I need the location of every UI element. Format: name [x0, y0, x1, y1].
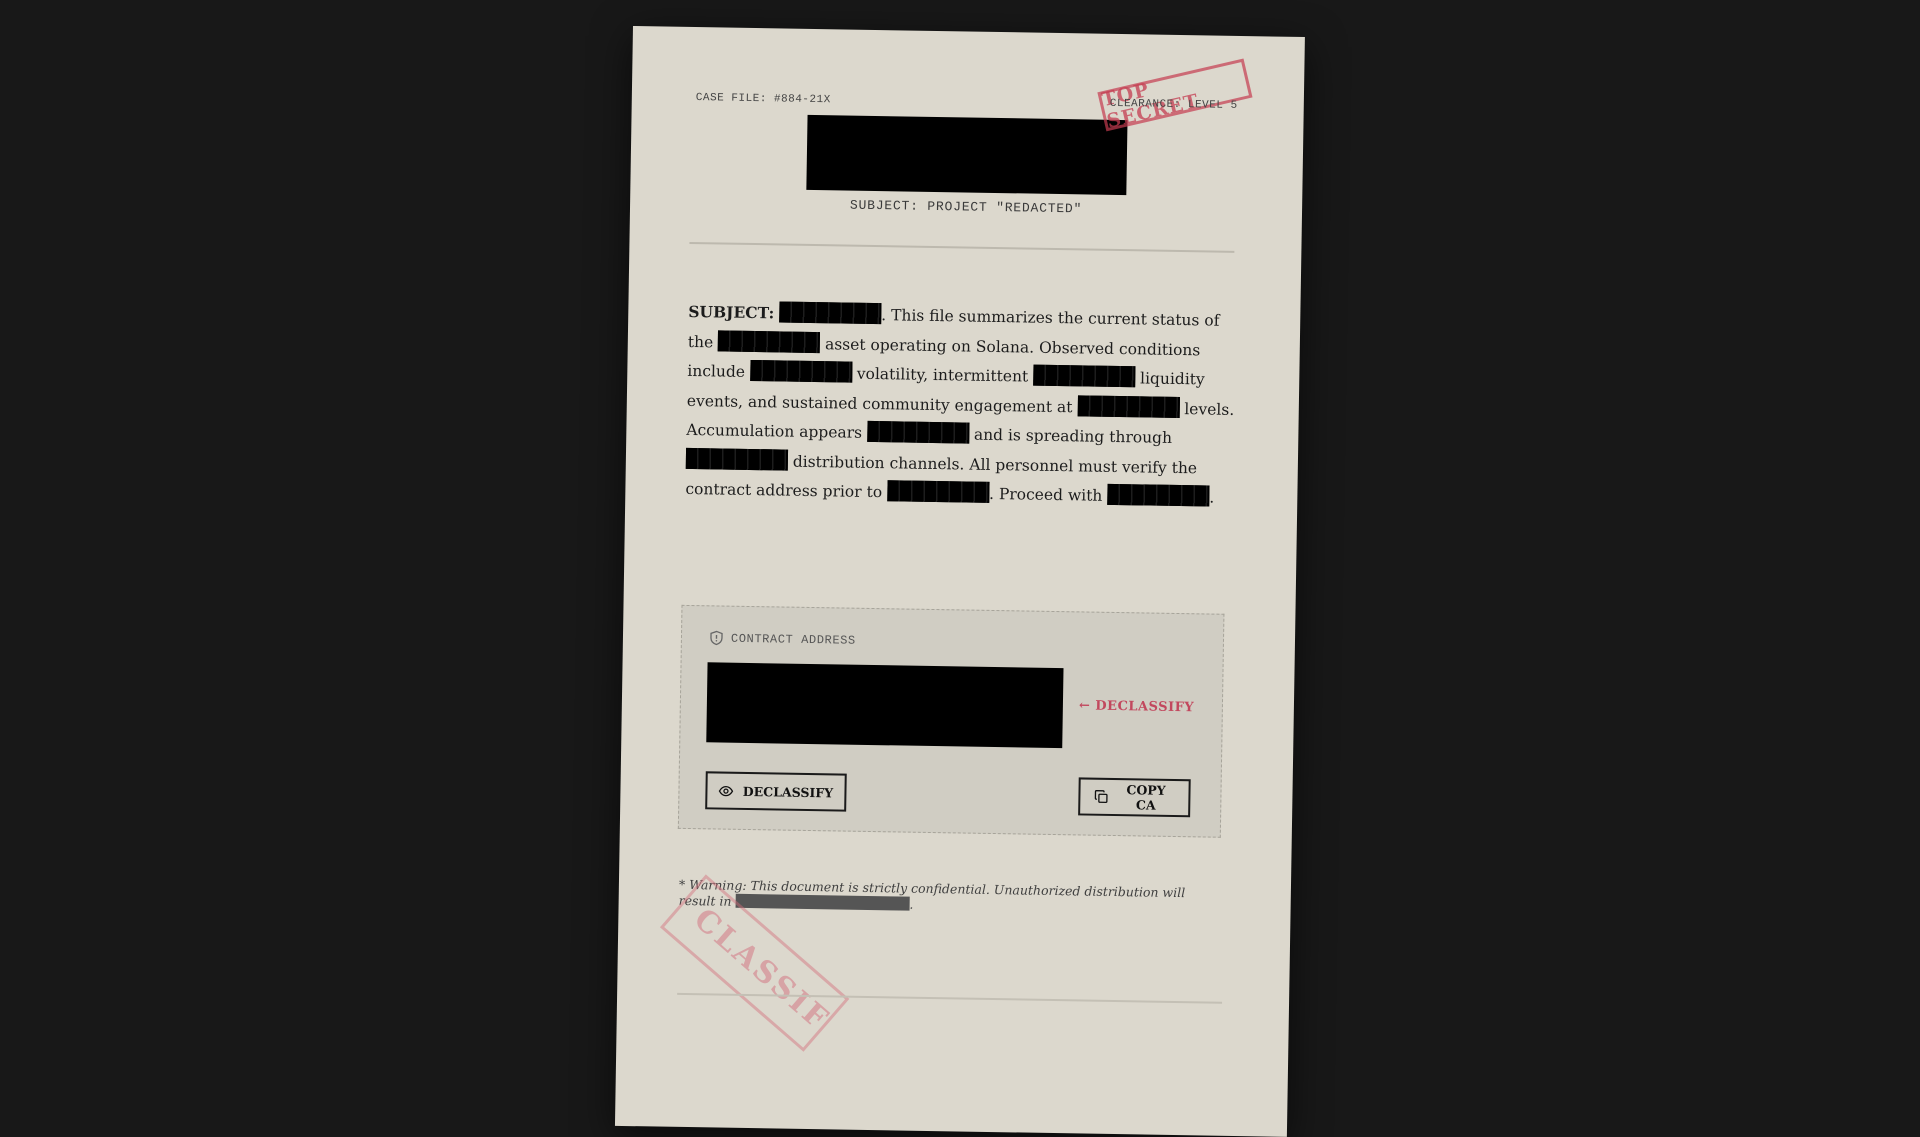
divider — [689, 242, 1234, 253]
copy-icon — [1094, 790, 1108, 804]
copy-ca-button[interactable]: COPY CA — [1078, 777, 1191, 817]
document-paper: CASE FILE: #884-21X TOP SECRET CLEARANCE… — [615, 26, 1305, 993]
body-segment: volatility, intermittent — [852, 365, 1034, 386]
shield-alert-icon — [710, 630, 723, 645]
copy-ca-button-label: COPY CA — [1117, 782, 1174, 813]
redacted-word — [718, 330, 820, 353]
redacted-word — [1033, 365, 1135, 388]
redacted-word — [887, 480, 989, 503]
document-body: SUBJECT: . This file summarizes the curr… — [685, 297, 1243, 514]
redacted-word — [686, 447, 788, 470]
body-segment: and is spreading through — [969, 426, 1172, 447]
body-segment: . — [1209, 489, 1214, 507]
top-secret-stamp: TOP SECRET — [1097, 58, 1252, 131]
clearance-level: CLEARANCE: LEVEL 5 — [1110, 98, 1238, 112]
redacted-contract-address[interactable] — [706, 662, 1063, 748]
warning-text-end: . — [909, 897, 913, 912]
redacted-word — [779, 301, 881, 324]
subject-label: SUBJECT: — [688, 302, 774, 322]
confidentiality-warning: * Warning: This document is strictly con… — [679, 877, 1219, 918]
subject-line: SUBJECT: PROJECT "REDACTED" — [630, 194, 1302, 220]
redacted-word — [1107, 484, 1209, 507]
case-file-number: CASE FILE: #884-21X — [696, 92, 831, 106]
declassify-hint: ← DECLASSIFY — [1079, 698, 1194, 715]
redacted-word — [750, 360, 852, 383]
contract-address-panel: CONTRACT ADDRESS ← DECLASSIFY DECLASSIFY… — [678, 605, 1225, 838]
redacted-word — [1077, 395, 1179, 418]
declassify-button[interactable]: DECLASSIFY — [705, 771, 847, 811]
declassify-button-label: DECLASSIFY — [743, 783, 833, 799]
redacted-title — [806, 115, 1127, 195]
redacted-consequence — [735, 894, 909, 911]
contract-address-label: CONTRACT ADDRESS — [710, 630, 856, 647]
body-segment: . Proceed with — [989, 485, 1108, 505]
eye-icon — [719, 785, 734, 796]
redacted-word — [867, 421, 969, 444]
contract-address-label-text: CONTRACT ADDRESS — [731, 631, 856, 647]
